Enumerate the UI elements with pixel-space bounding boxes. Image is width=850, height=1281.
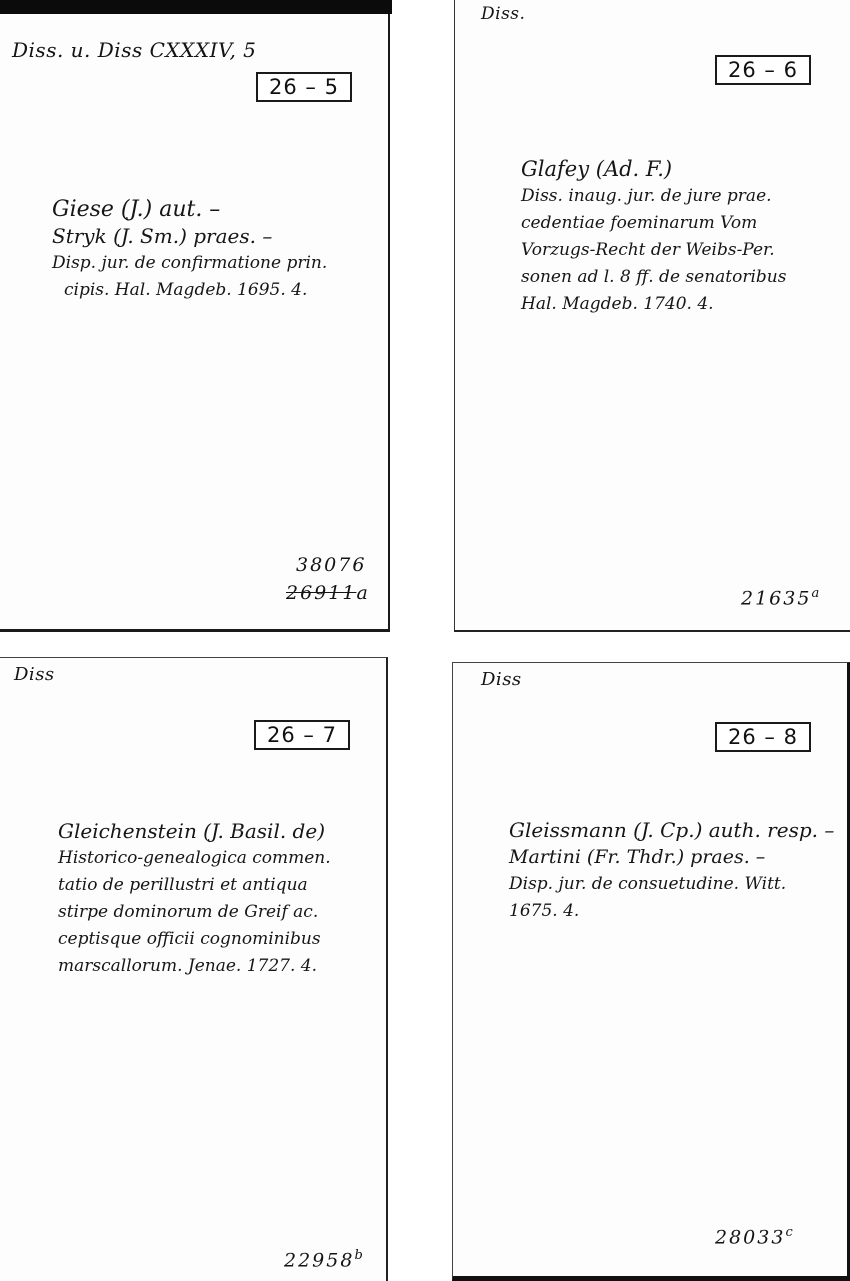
entry-line-praeses: Martini (Fr. Thdr.) praes. – — [509, 844, 834, 871]
entry-line-author: Glafey (Ad. F.) — [521, 156, 786, 183]
call-number-box: 26 – 8 — [715, 722, 811, 752]
call-number-box: 26 – 6 — [715, 55, 811, 85]
entry-line-title: Disp. jur. de consuetudine. Witt. — [509, 871, 834, 898]
card-header-note: Diss. — [481, 4, 525, 24]
entry-line-title-2: tatio de perillustri et antiqua — [58, 872, 331, 899]
call-number-box: 26 – 7 — [254, 720, 350, 750]
card-entry: Gleichenstein (J. Basil. de) Historico-g… — [58, 818, 331, 980]
catalog-card-26-7: Diss 26 – 7 Gleichenstein (J. Basil. de)… — [0, 657, 388, 1281]
entry-line-title-1: Diss. inaug. jur. de jure prae. — [521, 183, 786, 210]
entry-line-title: Disp. jur. de confirmatione prin. — [52, 250, 327, 277]
accession-number: 28033c — [715, 1225, 795, 1248]
entry-line-imprint: Hal. Magdeb. 1740. 4. — [521, 291, 786, 318]
entry-line-author: Gleissmann (J. Cp.) auth. resp. – — [509, 817, 834, 844]
entry-line-praeses: Stryk (J. Sm.) praes. – — [52, 223, 327, 250]
scan-edge-top — [0, 0, 392, 14]
accession-number: 22958b — [284, 1248, 365, 1271]
entry-line-title-3: Vorzugs-Recht der Weibs-Per. — [521, 237, 786, 264]
entry-line-imprint: cipis. Hal. Magdeb. 1695. 4. — [52, 277, 327, 304]
card-entry: Gleissmann (J. Cp.) auth. resp. – Martin… — [509, 817, 834, 925]
accession-number: 38076 — [296, 554, 366, 576]
entry-line-title-4: ceptisque officii cognominibus — [58, 926, 331, 953]
entry-line-title-3: stirpe dominorum de Greif ac. — [58, 899, 331, 926]
entry-line-title-2: cedentiae foeminarum Vom — [521, 210, 786, 237]
catalog-card-26-6: Diss. 26 – 6 Glafey (Ad. F.) Diss. inaug… — [454, 0, 850, 632]
entry-line-title-1: Historico-genealogica commen. — [58, 845, 331, 872]
accession-number: 21635a — [741, 586, 821, 609]
old-accession-number: 26911a — [286, 582, 370, 604]
card-header-note: Diss — [481, 669, 522, 690]
catalog-card-26-8: Diss 26 – 8 Gleissmann (J. Cp.) auth. re… — [452, 662, 850, 1281]
entry-line-title-4: sonen ad l. 8 ff. de senatoribus — [521, 264, 786, 291]
card-entry: Glafey (Ad. F.) Diss. inaug. jur. de jur… — [521, 156, 786, 318]
catalog-card-26-5: Diss. u. Diss CXXXIV, 5 26 – 5 Giese (J.… — [0, 14, 390, 632]
call-number-box: 26 – 5 — [256, 72, 352, 102]
entry-line-author: Gleichenstein (J. Basil. de) — [58, 818, 331, 845]
card-header-note: Diss — [14, 664, 55, 685]
entry-line-imprint: marscallorum. Jenae. 1727. 4. — [58, 953, 331, 980]
entry-line-author: Giese (J.) aut. – — [52, 196, 327, 223]
entry-line-imprint: 1675. 4. — [509, 898, 834, 925]
card-entry: Giese (J.) aut. – Stryk (J. Sm.) praes. … — [52, 196, 327, 304]
card-header-note: Diss. u. Diss CXXXIV, 5 — [12, 38, 256, 62]
